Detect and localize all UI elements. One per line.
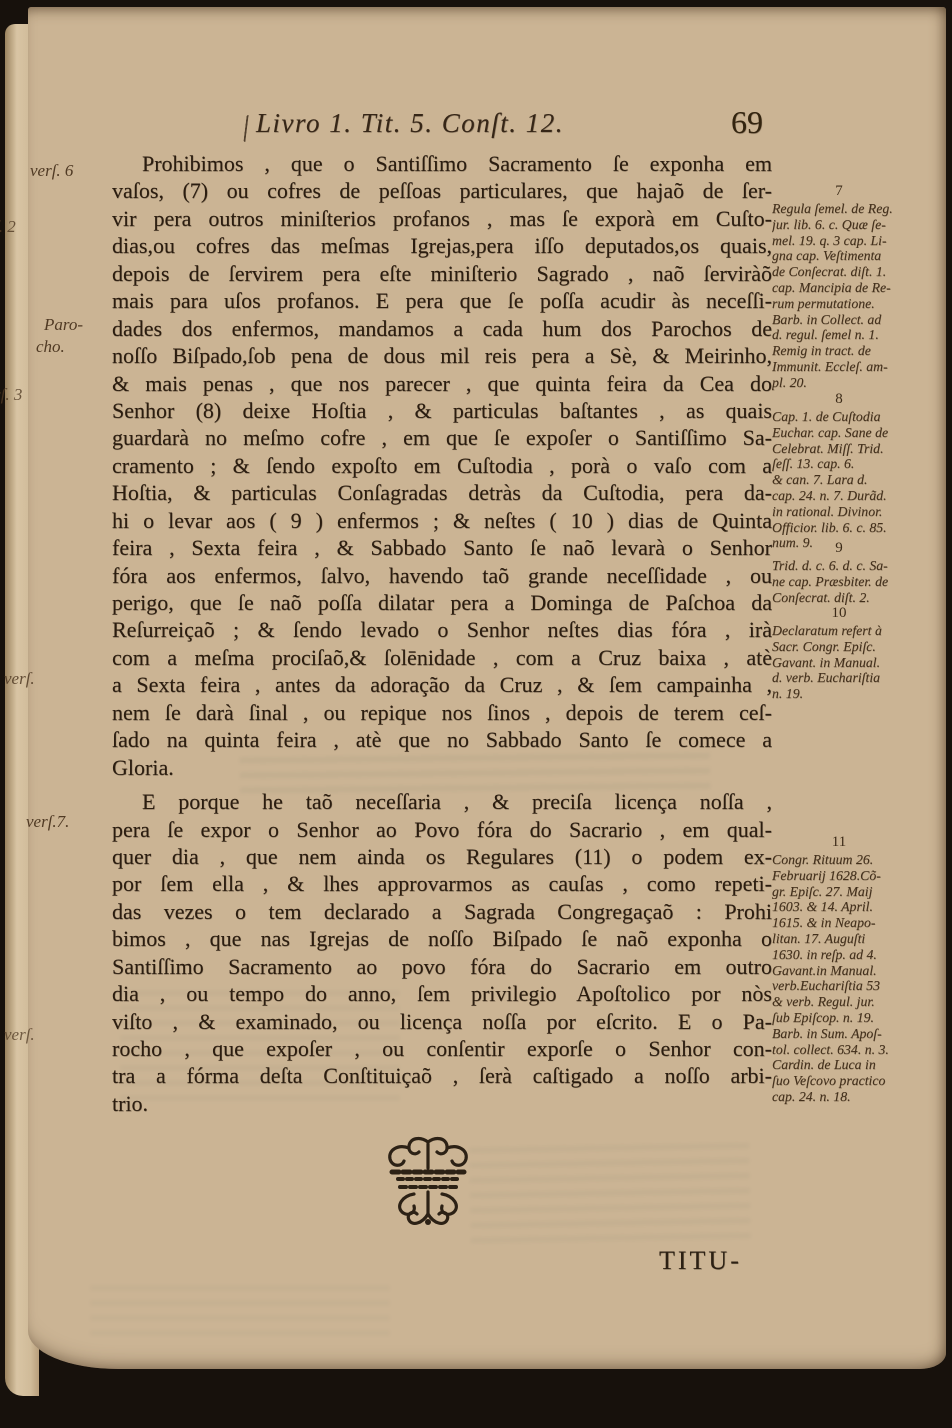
note-line: Trid. d. c. 6. d. c. Sa- [772,558,952,574]
note-line: Cardin. de Luca in [772,1057,952,1073]
text-line: & mais penas , que nos parecer , que qui… [112,370,772,397]
note-line: rum permutatione. [772,296,952,312]
text-line: quer dia , que nem ainda os Regulares (1… [112,843,772,870]
text-line: perigo, que ſe naõ poſſa dilatar pera a … [112,589,772,616]
note-line: d. regul. ſemel n. 1. [772,327,952,343]
marginal-verse-ref-partial: ſ. 2 [0,217,16,237]
note-line: Officior. lib. 6. c. 85. [772,520,952,536]
note-number: 10 [772,606,906,621]
text-line: vaſos, (7) ou cofres de peſſoas particul… [112,177,772,204]
text-line: mais para uſos profanos. E pera que ſe p… [112,287,772,314]
text-line: noſſo Biſpado,ſob pena de dous mil reis … [112,342,772,369]
margin-note-8: 8 Cap. 1. de CuſtodiaEuchar. cap. Sane d… [772,392,952,551]
note-line: Cap. 1. de Cuſtodia [772,409,952,425]
ink-mark [243,115,252,142]
note-line: Regula ſemel. de Reg. [772,201,952,217]
note-line: mel. 19. q. 3 cap. Li- [772,233,952,249]
running-title: Livro 1. Tit. 5. Conſt. 12. [256,108,564,139]
text-line: vir pera outros miniſterios profanos , m… [112,205,772,232]
note-line: Barb. in Collect. ad [772,312,952,328]
margin-note-7: 7 Regula ſemel. de Reg.jur. lib. 6. c. Q… [772,184,952,391]
note-line: Gavant. in Manual. [772,655,952,671]
text-line: ſado na quinta feira , atè que no Sabbad… [112,726,772,753]
text-line: trio. [112,1090,772,1117]
note-line: Gavant.in Manual. [772,963,952,979]
note-line: & can. 7. Lara d. [772,472,952,488]
note-line: litan. 17. Auguſti [772,931,952,947]
note-line: d. verb. Euchariſtia [772,670,952,686]
note-line: cap. 24. n. 18. [772,1089,952,1105]
note-line: ſub Epiſcop. n. 19. [772,1010,952,1026]
note-line: Conſecrat. diſt. 2. [772,590,952,606]
text-line: Reſurreiçaõ ; & ſendo levado o Senhor ne… [112,616,772,643]
note-number: 9 [772,541,906,556]
text-line: hi o levar aos ( 9 ) enfermos ; & neſtes… [112,507,772,534]
note-line: ſuo Veſcovo practico [772,1073,952,1089]
note-line: 1603. & 14. April. [772,899,952,915]
note-line: cap. 24. n. 7. Durãd. [772,488,952,504]
text-line: dias,ou cofres das meſmas Igrejas,pera i… [112,232,772,259]
marginal-verse-ref: verſ.7. [26,812,69,832]
text-line: guardarà no meſmo cofre , em que ſe expo… [112,424,772,451]
margin-note-10: 10 Declaratum refert àSacr. Congr. Epiſc… [772,606,952,702]
text-line: Senhor (8) deixe Hoſtia , & particulas b… [112,397,772,424]
note-line: gr. Epiſc. 27. Maij [772,884,952,900]
text-line: E porque he taõ neceſſaria , & preciſa l… [112,788,772,815]
text-line: tra a fórma deſta Conſtituiçaõ , ſerà ca… [112,1062,772,1089]
text-line: cramento ; & ſendo expoſto em Cuſtodia ,… [112,452,772,479]
text-line: bimos , que nas Igrejas de noſſo Biſpado… [112,925,772,952]
body-text-column: Prohibimos , que o Santiſſimo Sacramento… [112,150,772,1117]
note-line: n. 19. [772,686,952,702]
note-line: in rational. Divinor. [772,504,952,520]
text-line: dia , ou tempo do anno, ſem privilegio A… [112,980,772,1007]
text-line: Prohibimos , que o Santiſſimo Sacramento… [112,150,772,177]
text-line: Hoſtia, & particulas Conſagradas detràs … [112,479,772,506]
note-line: tol. collect. 634. n. 3. [772,1042,952,1058]
page-number: 69 [731,104,763,141]
note-line: Februarij 1628.Cõ- [772,868,952,884]
note-line: jur. lib. 6. c. Quæ ſe- [772,217,952,233]
note-line: ne cap. Præsbiter. de [772,574,952,590]
text-line: com a meſma prociſaõ,& ſolēnidade , com … [112,644,772,671]
page-content: Livro 1. Tit. 5. Conſt. 12. 69 verſ. 6 ſ… [0,0,952,1428]
note-line: & verb. Regul. jur. [772,994,952,1010]
text-line: depois de ſervirem pera eſte miniſterio … [112,260,772,287]
note-line: verb.Euchariſtia 53 [772,978,952,994]
note-line: Immunit. Eccleſ. am- [772,359,952,375]
text-line: a Sexta feira , antes da adoração da Cru… [112,671,772,698]
text-line: pera ſe expor o Senhor ao Povo fóra do S… [112,816,772,843]
note-line: Barb. in Sum. Apoſ- [772,1026,952,1042]
paragraph: E porque he taõ neceſſaria , & preciſa l… [112,788,772,1117]
note-line: Celebrat. Miſſ. Trid. [772,441,952,457]
marginal-verse-ref: verſ. 6 [30,161,73,181]
note-number: 7 [772,184,906,199]
marginal-verse-ref-partial: rſ. 3 [0,385,22,405]
note-line: gna cap. Veſtimenta [772,248,952,264]
text-line: dades dos enfermos, mandamos a cada hum … [112,315,772,342]
note-line: 1615. & in Neapo- [772,915,952,931]
note-line: Sacr. Congr. Epiſc. [772,639,952,655]
marginal-keyword-parocho-line2: cho. [36,337,65,357]
marginal-verse-ref-partial: verſ. [4,1025,35,1045]
text-line: por ſem ella , & lhes approvarmos as cau… [112,870,772,897]
note-line: 1630. in reſp. ad 4. [772,947,952,963]
note-line: Congr. Rituum 26. [772,852,952,868]
text-line: das vezes o tem declarado a Sagrada Cong… [112,898,772,925]
text-line: fóra aos enfermos, ſalvo, havendo taõ gr… [112,562,772,589]
margin-note-9: 9 Trid. d. c. 6. d. c. Sa-ne cap. Præsbi… [772,541,952,605]
text-line: rocho , que expoſer , ou conſentir expor… [112,1035,772,1062]
catchword: TITU- [659,1246,742,1276]
text-line: feira , Sexta feira , & Sabbado Santo ſe… [112,534,772,561]
text-line: Santiſſimo Sacramento ao povo fóra do Sa… [112,953,772,980]
note-line: Declaratum refert à [772,623,952,639]
note-line: Euchar. cap. Sane de [772,425,952,441]
text-line: Gloria. [112,754,772,781]
note-line: de Conſecrat. diſt. 1. [772,264,952,280]
margin-note-11: 11 Congr. Rituum 26.Februarij 1628.Cõ-gr… [772,835,952,1105]
text-line: viſto , & examinado, ou licença noſſa po… [112,1008,772,1035]
marginal-verse-ref-partial: verſ. [4,669,35,689]
note-number: 11 [772,835,906,850]
note-line: Remig in tract. de [772,343,952,359]
note-line: pl. 20. [772,375,952,391]
paragraph: Prohibimos , que o Santiſſimo Sacramento… [112,150,772,781]
note-number: 8 [772,392,906,407]
text-line: nem ſe darà ſinal , ou repique nos ſinos… [112,699,772,726]
note-line: cap. Mancipia de Re- [772,280,952,296]
marginal-keyword-parocho-line1: Paro- [44,315,83,335]
note-line: ſeſſ. 13. cap. 6. [772,456,952,472]
printer-fleuron-icon [384,1134,472,1232]
